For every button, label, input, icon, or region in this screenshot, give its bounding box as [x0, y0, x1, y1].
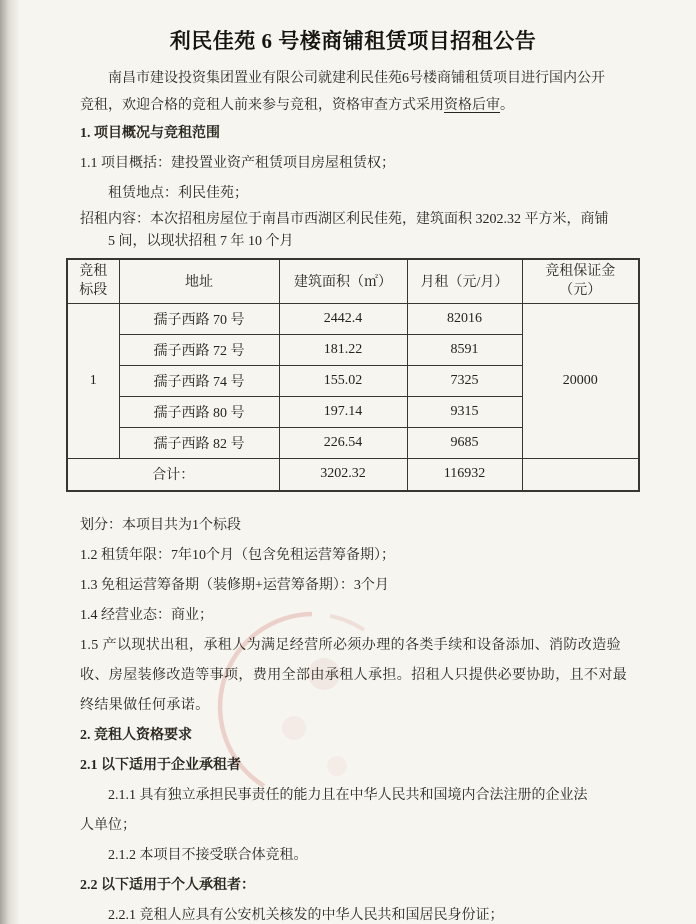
item-1-1: 1.1 项目概括：建投置业资产租赁项目房屋租赁权； — [80, 149, 626, 179]
cell-rent: 82016 — [407, 303, 522, 334]
cell-rent: 7325 — [407, 365, 522, 396]
page-title: 利民佳苑 6 号楼商铺租赁项目招租公告 — [80, 26, 626, 56]
item-2-1-1-line-2: 人单位； — [80, 811, 626, 841]
item-1-2: 1.2 租赁年限：7年10个月（包含免租运营筹备期）； — [80, 541, 626, 571]
lease-content-line-2: 5 间，以现状招租 7 年 10 个月 — [80, 231, 626, 253]
intro-line-1: 南昌市建设投资集团置业有限公司就建利民佳苑6号楼商铺租赁项目进行国内公开 — [80, 65, 626, 92]
table-total-row: 合计： 3202.32 116932 — [67, 458, 639, 491]
item-1-3: 1.3 免租运营筹备期（装修期+运营筹备期）：3个月 — [80, 571, 626, 601]
cell-area: 155.02 — [279, 365, 407, 396]
cell-bid-section: 1 — [67, 303, 119, 458]
table-header-row: 竞租 标段 地址 建筑面积（㎡） 月租（元/月） 竞租保证金 （元） — [67, 259, 639, 303]
cell-address: 孺子西路 80 号 — [119, 396, 279, 427]
cell-area: 181.22 — [279, 334, 407, 365]
bid-sections-table: 竞租 标段 地址 建筑面积（㎡） 月租（元/月） 竞租保证金 （元） 1 — [66, 258, 640, 492]
item-1-5-line-2: 收、房屋装修改造等事项，费用全部由承租人承担。招租人只提供必要协助，且不对最 — [80, 661, 626, 691]
cell-address: 孺子西路 72 号 — [119, 334, 279, 365]
header-bid-section: 竞租 标段 — [67, 259, 119, 303]
cell-area: 2442.4 — [279, 303, 407, 334]
lease-content-line-1: 招租内容：本次招租房屋位于南昌市西湖区利民佳苑，建筑面积 3202.32 平方米… — [80, 209, 626, 231]
cell-address: 孺子西路 74 号 — [119, 365, 279, 396]
intro-line-2: 竞租，欢迎合格的竞租人前来参与竞租，资格审查方式采用资格后审。 — [80, 92, 626, 119]
section1-heading: 1. 项目概况与竞租范围 — [80, 119, 626, 149]
cell-area: 197.14 — [279, 396, 407, 427]
document-content: 利民佳苑 6 号楼商铺租赁项目招租公告 南昌市建设投资集团置业有限公司就建利民佳… — [0, 0, 696, 924]
item-2-2-1: 2.2.1 竞租人应具有公安机关核发的中华人民共和国居民身份证； — [80, 901, 626, 924]
header-deposit: 竞租保证金 （元） — [522, 259, 639, 303]
cell-total-rent: 116932 — [407, 458, 522, 491]
intro-paragraph: 南昌市建设投资集团置业有限公司就建利民佳苑6号楼商铺租赁项目进行国内公开 竞租，… — [80, 65, 626, 119]
cell-total-deposit — [522, 458, 639, 491]
item-1-5: 1.5 产以现状出租，承租人为满足经营所必须办理的各类手续和设备添加、消防改造验… — [80, 631, 626, 721]
header-area: 建筑面积（㎡） — [279, 259, 407, 303]
cell-address: 孺子西路 70 号 — [119, 303, 279, 334]
item-1-5-line-3: 终结果做任何承诺。 — [80, 691, 626, 721]
item-2-1-1-line-1: 2.1.1 具有独立承担民事责任的能力且在中华人民共和国境内合法注册的企业法 — [80, 781, 626, 811]
cell-address: 孺子西路 82 号 — [119, 427, 279, 458]
cell-total-label: 合计： — [67, 458, 279, 491]
item-1-4: 1.4 经营业态：商业； — [80, 601, 626, 631]
bid-table-container: 竞租 标段 地址 建筑面积（㎡） 月租（元/月） 竞租保证金 （元） 1 — [66, 258, 626, 492]
cell-rent: 9685 — [407, 427, 522, 458]
cell-rent: 9315 — [407, 396, 522, 427]
item-1-5-line-1: 1.5 产以现状出租，承租人为满足经营所必须办理的各类手续和设备添加、消防改造验 — [80, 631, 626, 661]
cell-rent: 8591 — [407, 334, 522, 365]
cell-total-area: 3202.32 — [279, 458, 407, 491]
scanned-document-page: 利民佳苑 6 号楼商铺租赁项目招租公告 南昌市建设投资集团置业有限公司就建利民佳… — [0, 0, 696, 924]
item-2-1-1: 2.1.1 具有独立承担民事责任的能力且在中华人民共和国境内合法注册的企业法 人… — [80, 781, 626, 841]
item-2-1-2: 2.1.2 本项目不接受联合体竞租。 — [80, 841, 626, 871]
divide-note: 划分：本项目共为1个标段 — [80, 511, 626, 541]
item-2-1: 2.1 以下适用于企业承租者 — [80, 751, 626, 781]
table-row: 1 孺子西路 70 号 2442.4 82016 20000 — [67, 303, 639, 334]
header-address: 地址 — [119, 259, 279, 303]
cell-area: 226.54 — [279, 427, 407, 458]
lease-content: 招租内容：本次招租房屋位于南昌市西湖区利民佳苑，建筑面积 3202.32 平方米… — [80, 209, 626, 253]
underlined-phrase: 资格后审 — [444, 98, 500, 113]
header-rent: 月租（元/月） — [407, 259, 522, 303]
cell-deposit: 20000 — [522, 303, 639, 458]
item-2-2: 2.2 以下适用于个人承租者： — [80, 871, 626, 901]
section2-heading: 2. 竞租人资格要求 — [80, 721, 626, 751]
lease-location: 租赁地点：利民佳苑； — [80, 179, 626, 209]
